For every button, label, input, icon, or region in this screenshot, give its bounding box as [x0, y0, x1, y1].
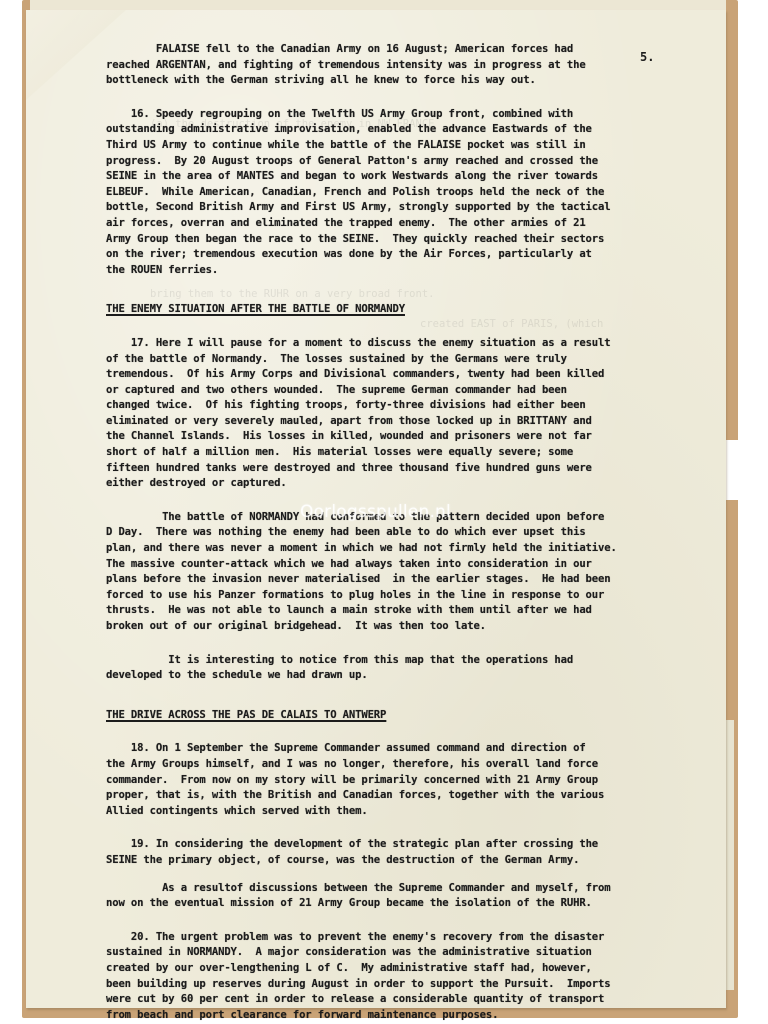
- paragraph: 16. Speedy regrouping on the Twelfth US …: [106, 107, 676, 279]
- text-line: 18. On 1 September the Supreme Commander…: [106, 741, 676, 757]
- text-line: the Army Groups himself, and I was no lo…: [106, 757, 676, 773]
- text-line: the ROUEN ferries.: [106, 263, 676, 279]
- text-line: Army Group then began the race to the SE…: [106, 232, 676, 248]
- text-line: The battle of NORMANDY had conformed to …: [106, 510, 676, 526]
- text-line: broken out of our original bridgehead. I…: [106, 619, 676, 635]
- text-line: on the river; tremendous execution was d…: [106, 247, 676, 263]
- text-line: SEINE in the area of MANTES and began to…: [106, 169, 676, 185]
- text-line: bottleneck with the German striving all …: [106, 73, 676, 89]
- text-line: FALAISE fell to the Canadian Army on 16 …: [106, 42, 676, 58]
- text-line: plan, and there was never a moment in wh…: [106, 541, 676, 557]
- paragraph: FALAISE fell to the Canadian Army on 16 …: [106, 42, 676, 89]
- text-line: air forces, overran and eliminated the t…: [106, 216, 676, 232]
- text-line: bottle, Second British Army and First US…: [106, 200, 676, 216]
- text-line: commander. From now on my story will be …: [106, 773, 676, 789]
- text-line: the Channel Islands. His losses in kille…: [106, 429, 676, 445]
- text-line: tremendous. Of his Army Corps and Divisi…: [106, 367, 676, 383]
- text-line: of the battle of Normandy. The losses su…: [106, 352, 676, 368]
- text-line: developed to the schedule we had drawn u…: [106, 668, 676, 684]
- text-line: short of half a million men. His materia…: [106, 445, 676, 461]
- text-line: outstanding administrative improvisation…: [106, 122, 676, 138]
- paragraph: 19. In considering the development of th…: [106, 837, 676, 868]
- text-line: were cut by 60 per cent in order to rele…: [106, 992, 676, 1008]
- paragraph: 20. The urgent problem was to prevent th…: [106, 930, 676, 1024]
- text-line: SEINE the primary object, of course, was…: [106, 853, 676, 869]
- paragraph: 17. Here I will pause for a moment to di…: [106, 336, 676, 492]
- paragraph: 18. On 1 September the Supreme Commander…: [106, 741, 676, 819]
- text-line: either destroyed or captured.: [106, 476, 676, 492]
- text-line: forced to use his Panzer formations to p…: [106, 588, 676, 604]
- text-line: It is interesting to notice from this ma…: [106, 653, 676, 669]
- text-line: Allied contingents which served with the…: [106, 804, 676, 820]
- text-line: reached ARGENTAN, and fighting of tremen…: [106, 58, 676, 74]
- text-line: Third US Army to continue while the batt…: [106, 138, 676, 154]
- text-line: 20. The urgent problem was to prevent th…: [106, 930, 676, 946]
- document-photo: (a) the destruction of the enemy in NW F…: [0, 0, 768, 1024]
- text-line: As a resultof discussions between the Su…: [106, 881, 676, 897]
- text-line: proper, that is, with the British and Ca…: [106, 788, 676, 804]
- paragraph: It is interesting to notice from this ma…: [106, 653, 676, 684]
- text-line: been building up reserves during August …: [106, 977, 676, 993]
- text-line: 16. Speedy regrouping on the Twelfth US …: [106, 107, 676, 123]
- text-line: now on the eventual mission of 21 Army G…: [106, 896, 676, 912]
- text-line: eliminated or very severely mauled, apar…: [106, 414, 676, 430]
- text-line: changed twice. Of his fighting troops, f…: [106, 398, 676, 414]
- text-line: 19. In considering the development of th…: [106, 837, 676, 853]
- document-body: FALAISE fell to the Canadian Army on 16 …: [106, 42, 676, 1023]
- text-line: 17. Here I will pause for a moment to di…: [106, 336, 676, 352]
- text-line: from beach and port clearance for forwar…: [106, 1008, 676, 1024]
- text-line: progress. By 20 August troops of General…: [106, 154, 676, 170]
- text-line: ELBEUF. While American, Canadian, French…: [106, 185, 676, 201]
- text-line: D Day. There was nothing the enemy had b…: [106, 525, 676, 541]
- text-line: or captured and two others wounded. The …: [106, 383, 676, 399]
- text-line: fifteen hundred tanks were destroyed and…: [106, 461, 676, 477]
- text-line: The massive counter-attack which we had …: [106, 557, 676, 573]
- paragraph: The battle of NORMANDY had conformed to …: [106, 510, 676, 635]
- text-line: sustained in NORMANDY. A major considera…: [106, 945, 676, 961]
- paragraph: As a resultof discussions between the Su…: [106, 881, 676, 912]
- text-line: thrusts. He was not able to launch a mai…: [106, 603, 676, 619]
- text-line: plans before the invasion never material…: [106, 572, 676, 588]
- text-line: created by our over-lengthening L of C. …: [106, 961, 676, 977]
- section-heading: THE DRIVE ACROSS THE PAS DE CALAIS TO AN…: [106, 708, 676, 724]
- section-heading: THE ENEMY SITUATION AFTER THE BATTLE OF …: [106, 302, 676, 318]
